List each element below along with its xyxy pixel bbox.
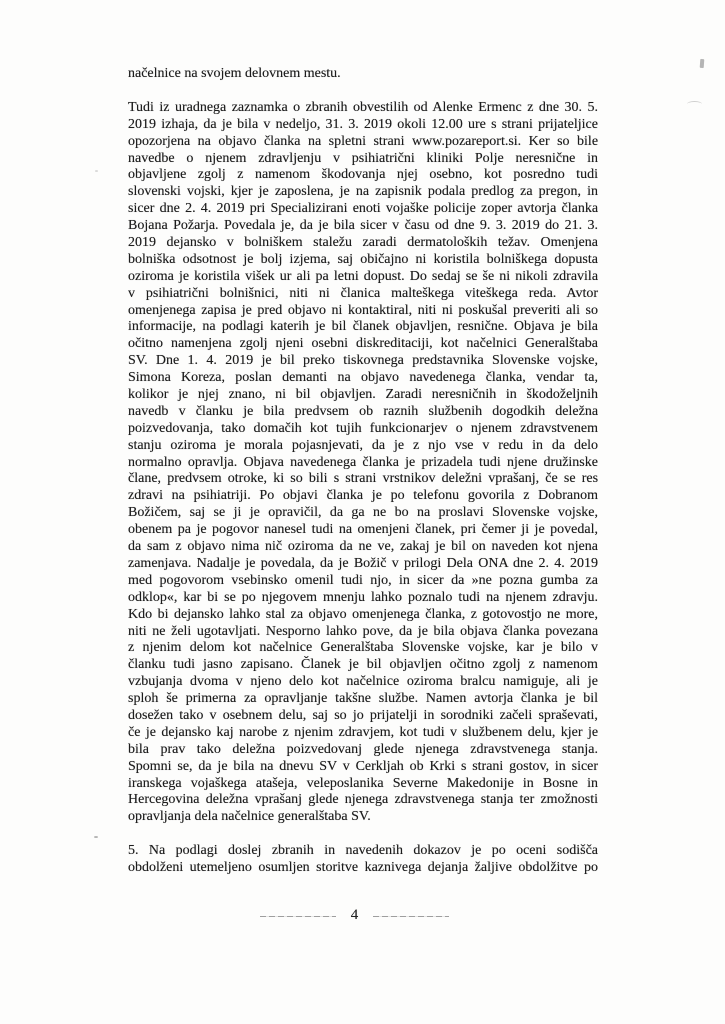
text-line: Simona Koreza, poslan demanti na objavo … — [128, 370, 598, 387]
footer-rule-left — [260, 915, 336, 917]
scan-artifact-speck — [700, 59, 705, 68]
scan-artifact-smudge — [687, 101, 702, 107]
text-line: stanju oziroma je morala pojasnjevati, d… — [128, 438, 598, 455]
text-line: informacije, na podlagi katerih je bil č… — [128, 319, 598, 336]
text-line: obdolženi utemeljeno osumljen storitve k… — [128, 860, 598, 877]
text-line: zdravi na psihiatriji. Po objavi članka … — [128, 488, 598, 505]
text-line: načelnice na svojem delovnem mestu. — [128, 66, 598, 83]
text-line: obenem pa je pogovor nanesel tudi na ome… — [128, 522, 598, 539]
text-line: 5. Na podlagi doslej zbranih in navedeni… — [128, 843, 598, 860]
scan-artifact-faint-speck — [95, 170, 98, 172]
text-line: z njenim delom kot načelnice Generalštab… — [128, 640, 598, 657]
paragraph: Tudi iz uradnega zaznamka o zbranih obve… — [128, 100, 598, 826]
page-number: 4 — [351, 908, 359, 923]
text-line: vzbujanja dvoma v njeno delo kot načelni… — [128, 674, 598, 691]
text-line: slovenski vojski, kjer je zaposlena, je … — [128, 184, 598, 201]
text-line: opravljanja dela načelnice generalštaba … — [128, 809, 598, 826]
document-text: načelnice na svojem delovnem mestu.Tudi … — [128, 66, 598, 894]
text-line: SV. Dne 1. 4. 2019 je bil preko tiskovne… — [128, 353, 598, 370]
text-line: bila prav tako deležna poizvedovanj gled… — [128, 742, 598, 759]
text-line: 2019 izhaja, da je bila v nedeljo, 31. 3… — [128, 117, 598, 134]
text-line: Kdo bi dejansko lahko stal za objavo ome… — [128, 607, 598, 624]
scan-artifact-dot — [94, 836, 98, 838]
text-line: kolikor je njej znano, ni bil objavljen.… — [128, 387, 598, 404]
text-line: normalno opravlja. Objava navedenega čla… — [128, 455, 598, 472]
document-page: načelnice na svojem delovnem mestu.Tudi … — [0, 0, 725, 1024]
text-line: navedb v članku je bila predvsem ob razn… — [128, 404, 598, 421]
paragraph: načelnice na svojem delovnem mestu. — [128, 66, 598, 83]
text-line: poizvedovanja, tako domačih kot tujih fu… — [128, 421, 598, 438]
text-line: odklop«, kar bi se po njegovem mnenju la… — [128, 590, 598, 607]
text-line: opozorjena na objavo članka na spletni s… — [128, 134, 598, 151]
text-line: če je dejansko kaj narobe z njenim zdrav… — [128, 725, 598, 742]
page-footer: 4 — [0, 908, 717, 923]
text-line: članku tudi jasno zapisano. Članek je bi… — [128, 657, 598, 674]
text-line: objavljene zgolj z namenom škodovanja nj… — [128, 167, 598, 184]
text-line: Hercegovina deležna vprašanj glede njene… — [128, 792, 598, 809]
text-line: da sam z objavo nima nič oziroma da ne v… — [128, 539, 598, 556]
text-line: sicer dne 2. 4. 2019 pri Specializirani … — [128, 201, 598, 218]
text-line: oziroma je koristila višek ur ali pa let… — [128, 269, 598, 286]
text-line: Božičem, saj se ji je opravičil, da ga n… — [128, 505, 598, 522]
text-line: Spomni se, da je bila na dnevu SV v Cerk… — [128, 759, 598, 776]
text-line: omenjenega zapisa je pred objavo ni kont… — [128, 303, 598, 320]
text-line: Tudi iz uradnega zaznamka o zbranih obve… — [128, 100, 598, 117]
paragraph: 5. Na podlagi doslej zbranih in navedeni… — [128, 843, 598, 877]
text-line: bolniška odsotnost je bolj izjema, saj o… — [128, 252, 598, 269]
text-line: navedbe o njenem zdravljenju v psihiatri… — [128, 151, 598, 168]
text-line: v psihiatrični bolnišnici, niti ni člani… — [128, 286, 598, 303]
text-line: Bojana Požarja. Povedala je, da je bila … — [128, 218, 598, 235]
text-line: 2019 dejansko v bolniškem staležu zaradi… — [128, 235, 598, 252]
text-line: dosežen tako v osebnem delu, saj so jo p… — [128, 708, 598, 725]
text-line: niti ne želi ugotavljati. Nesporno lahko… — [128, 624, 598, 641]
text-line: člane, predvsem otroke, ki so bili s str… — [128, 471, 598, 488]
text-line: med pogovorom vsebinsko omenil tudi njo,… — [128, 573, 598, 590]
text-line: očitno namenjena zgolj njeni osebni disk… — [128, 336, 598, 353]
text-line: iranskega vojaškega atašeja, veleposlani… — [128, 776, 598, 793]
footer-rule-right — [373, 915, 449, 917]
text-line: zamenjava. Nadalje je povedala, da je Bo… — [128, 556, 598, 573]
text-line: sploh še primerna za opravljanje takšne … — [128, 691, 598, 708]
